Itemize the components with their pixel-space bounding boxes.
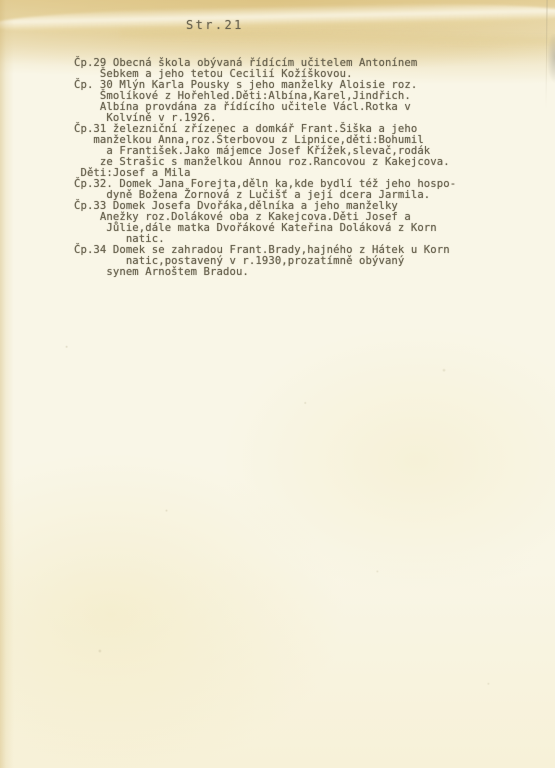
paper-speckles (0, 300, 555, 768)
scanned-document-page: Str.21 Čp.29 Obecná škola obývaná řídící… (0, 0, 555, 768)
page-number: Str.21 (186, 18, 244, 32)
paper-edge-right-smudge (541, 34, 555, 92)
typewritten-text: Čp.29 Obecná škola obývaná řídícím učite… (0, 58, 456, 278)
